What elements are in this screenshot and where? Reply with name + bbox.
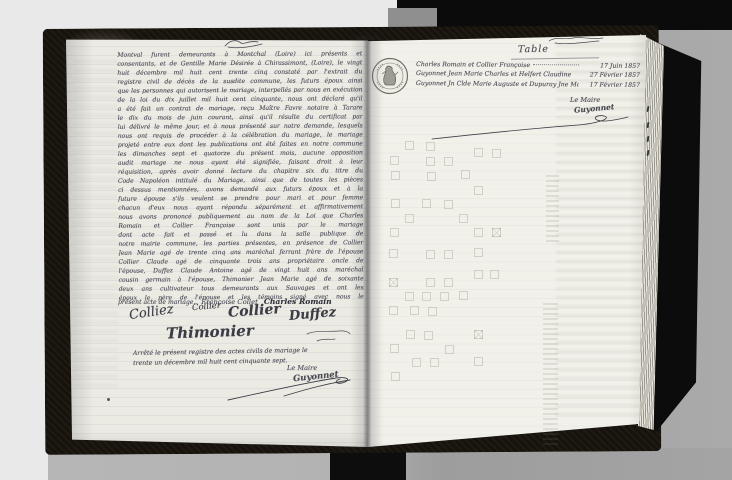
official-stamp-icon [371,57,409,95]
entry-names: Guyonnet Jn Clde Marie Auguste et Dupura… [416,80,579,88]
showthrough-square [422,199,431,208]
closing-statement: Arrêté le présent registre des actes civ… [133,345,361,369]
showthrough-square [427,172,436,181]
witness-signature: Thimonier [166,321,254,342]
showthrough-square [426,142,435,151]
showthrough-square [430,358,439,367]
showthrough-square [390,156,399,165]
showthrough-square [405,141,414,150]
showthrough-square [474,357,483,366]
table-entries: Charles Romain et Collier Françoise17 Ju… [416,61,640,91]
showthrough-square [474,148,483,157]
showthrough-square [426,278,435,287]
showthrough-square [389,249,398,258]
showthrough-left-margin [74,60,118,390]
showthrough-band [543,300,558,445]
showthrough-square [391,372,400,381]
showthrough-square [391,199,400,208]
entry-names: Charles Romain et Collier Françoise [416,61,530,69]
showthrough-square [389,278,398,287]
mayor-paraph-icon [224,370,356,404]
showthrough-square [390,344,399,353]
showthrough-square [492,228,501,237]
entry-date: 17 Février 1857 [585,81,640,88]
showthrough-square [424,331,433,340]
showthrough-square [440,292,449,301]
showthrough-square [444,278,453,287]
leader-line [533,64,579,65]
showthrough-square [474,248,483,257]
showthrough-square [474,330,483,339]
showthrough-square [426,250,435,259]
showthrough-square [412,358,421,367]
entry-date: 27 Février 1857 [582,72,640,80]
showthrough-square [391,171,400,180]
showthrough-square [426,157,435,166]
showthrough-band [546,172,559,242]
entry-names: Guyonnet Jean Marie Charles et Helfert C… [416,70,571,78]
showthrough-square [492,149,501,158]
showthrough-square [444,200,453,209]
showthrough-square [444,250,453,259]
showthrough-square [405,214,414,223]
showthrough-square [474,270,483,279]
ink-blot [107,398,110,401]
table-entry-row: Guyonnet Jn Clde Marie Auguste et Dupura… [416,80,640,91]
entry-date: 17 Juin 1857 [582,62,640,70]
showthrough-square [405,292,414,301]
showthrough-square [406,330,415,339]
showthrough-square [428,307,437,316]
showthrough-square [444,157,453,166]
mayor-paraph-icon [428,108,638,144]
showthrough-square [445,345,454,354]
showthrough-square [389,306,398,315]
showthrough-square [474,228,483,237]
showthrough-square [490,270,499,279]
showthrough-square [410,306,419,315]
showthrough-square [390,228,399,237]
showthrough-square [422,292,431,301]
table-paraph-icon [545,33,609,47]
left-page-text: Montval furent demeurants à Montchal (Lo… [117,49,364,302]
showthrough-square [461,170,470,179]
showthrough-square [474,186,483,195]
showthrough-square [459,291,468,300]
table-heading: Table [518,44,549,56]
register-scan-photo: Montval furent demeurants à Montchal (Lo… [0,0,732,480]
showthrough-square [459,214,468,223]
